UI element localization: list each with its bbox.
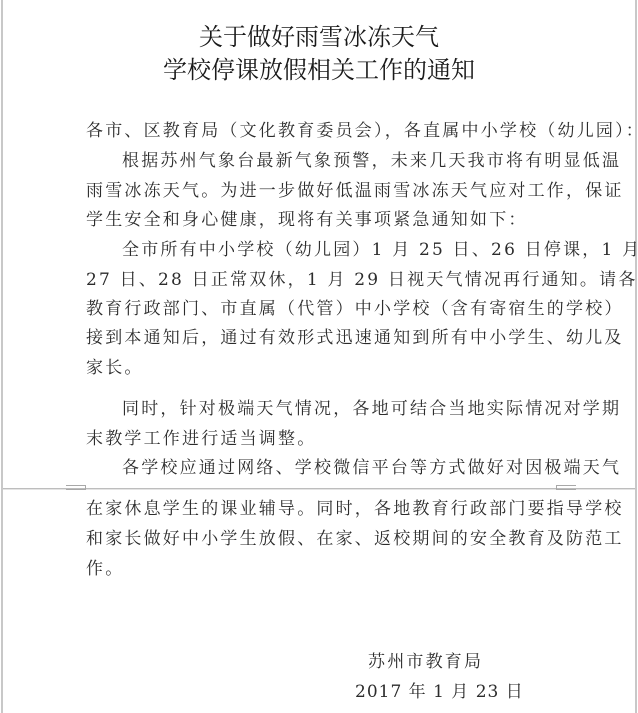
body-line: 在家休息学生的课业辅导。同时，各地教育行政部门要指导学校 xyxy=(86,499,566,519)
document-title-line-2: 学校停课放假相关工作的通知 xyxy=(0,55,638,85)
page-left-border xyxy=(1,0,3,713)
left-margin-marker-icon xyxy=(66,485,86,490)
document-title-line-1: 关于做好雨雪冰冻天气 xyxy=(0,22,638,52)
body-line: 根据苏州气象台最新气象预警，未来几天我市将有明显低温 xyxy=(122,151,602,171)
signature-date: 2017 年 1 月 23 日 xyxy=(355,682,524,702)
body-line: 末教学工作进行适当调整。 xyxy=(86,429,566,449)
body-line: 各学校应通过网络、学校微信平台等方式做好对因极端天气 xyxy=(122,458,602,478)
body-line: 作。 xyxy=(86,559,566,579)
body-line: 全市所有中小学校（幼儿园）1 月 25 日、26 日停课，1 月 xyxy=(122,240,602,260)
body-line: 雨雪冰冻天气。为进一步做好低温雨雪冰冻天气应对工作，保证 xyxy=(86,181,566,201)
body-line: 学生安全和身心健康，现将有关事项紧急通知如下： xyxy=(86,210,566,230)
body-line: 接到本通知后，通过有效形式迅速通知到所有中小学生、幼儿及 xyxy=(86,328,566,348)
body-line: 27 日、28 日正常双休，1 月 29 日视天气情况再行通知。请各地 xyxy=(86,270,566,290)
body-line: 和家长做好中小学生放假、在家、返校期间的安全教育及防范工 xyxy=(86,529,566,549)
body-line: 教育行政部门、市直属（代管）中小学校（含有寄宿生的学校） xyxy=(86,299,566,319)
body-line: 同时，针对极端天气情况，各地可结合当地实际情况对学期 xyxy=(122,399,602,419)
salutation-line: 各市、区教育局（文化教育委员会），各直属中小学校（幼儿园）： xyxy=(86,121,566,141)
page-break-shadow xyxy=(3,489,635,490)
page-right-border xyxy=(635,0,637,713)
signature-organization: 苏州市教育局 xyxy=(368,652,483,672)
body-line: 家长。 xyxy=(86,358,566,378)
right-margin-marker-icon xyxy=(556,485,576,490)
